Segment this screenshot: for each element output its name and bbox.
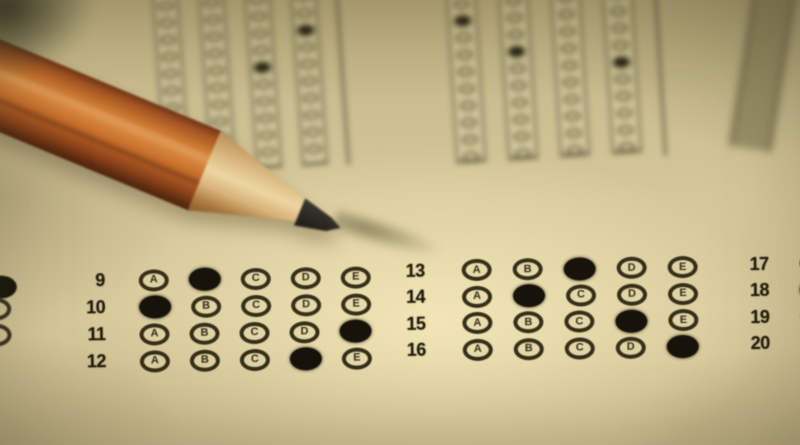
bubble-b: B [513,258,543,280]
bubble-letter: D [300,326,308,337]
bubble-letter: C [251,354,259,365]
question-number: 13 [369,260,425,282]
bubble-letter: B [525,343,533,354]
question-row-19: 19ABCDE [701,300,800,331]
question-number: 16 [370,340,426,362]
bubble-d: D [616,336,646,358]
question-number: 17 [700,254,768,276]
bubble-letter: C [575,316,583,327]
bubble-c: C [241,267,271,289]
bubble-letter: A [151,355,159,366]
bubble-a: A [140,350,170,372]
bubble-e: E [341,293,371,315]
bubble-filled-c [564,257,596,280]
bubble-letter: A [474,344,482,355]
bubble-c: C [240,348,270,370]
bubble-e: E [668,283,698,305]
bubble-c: C [564,311,594,333]
bubble-a: A [463,338,493,360]
question-row-12: 12ABCE [42,344,372,376]
bubble-d: D [617,257,647,279]
bubble-filled-e [339,319,371,342]
bubble-letter: B [524,317,532,328]
bubble-d: D [291,267,321,289]
question-row-18: 18BCDE [701,274,800,305]
bubble-filled-d [615,309,647,332]
bubble-letter: D [628,262,636,273]
bubble-letter: E [679,288,686,299]
answer-block-17-20: 17ABCDE18BCDE19ABCDE20ABCDE [700,247,800,358]
bubble-letter: A [150,328,158,339]
edge-bubble [0,297,11,320]
bubble-filled-d [290,347,322,370]
bubble-letter: D [628,289,636,300]
bubble-b: B [190,349,220,371]
bubble-letter: E [352,272,359,283]
bubble-letter: E [679,262,686,273]
question-row-17: 17ABCDE [700,247,800,278]
bubble-letter: E [353,353,360,364]
question-number: 10 [41,297,105,319]
bubble-letter: E [352,299,359,310]
bubble-letter: C [252,273,260,284]
question-number: 11 [41,324,105,346]
bubble-e: E [668,256,698,278]
bubble-d: D [617,283,647,305]
question-number: 9 [41,270,105,292]
bubble-e: E [341,266,371,288]
bubble-letter: B [201,355,209,366]
bubble-a: A [139,323,169,345]
bubble-letter: E [680,315,687,326]
bubble-d: D [289,321,319,343]
question-number: 18 [701,280,769,302]
bubble-b: B [189,322,219,344]
bubble-letter: C [576,343,584,354]
answer-block-13-16: 13ABDE14ACDE15ABCE16ABCD [368,254,698,365]
question-number: 19 [701,307,769,329]
bubble-letter: D [302,299,310,310]
bubble-a: A [462,312,492,334]
bubble-letter: A [150,274,158,285]
question-number: 14 [369,287,425,309]
bubble-letter: B [200,328,208,339]
bubble-letter: A [473,291,481,302]
bubble-letter: C [252,300,260,311]
bubble-filled-b [513,284,545,307]
bubble-letter: D [627,342,635,353]
question-number: 12 [42,351,106,373]
bubble-letter: C [250,327,258,338]
question-row-16: 16ABCD [370,333,699,364]
bubble-filled-b [189,268,221,291]
bubble-c: C [566,284,596,306]
bubble-b: B [191,295,221,317]
bubble-a: A [462,285,492,307]
question-row-20: 20ABCDE [702,327,800,358]
answer-area: 9ACDE10BCDE11ABCD12ABCE 13ABDE14ACDE15AB… [0,0,800,445]
question-number: 15 [369,313,425,335]
bubble-d: D [291,294,321,316]
bubble-a: A [139,269,169,291]
bubble-letter: A [473,318,481,329]
bubble-e: E [342,347,372,369]
bubble-letter: B [202,301,210,312]
bubble-filled-e [667,335,699,358]
bubble-letter: A [473,265,481,276]
edge-bubble [0,323,12,346]
photo-scantron-scene: 9ACDE10BCDE11ABCD12ABCE 13ABDE14ACDE15AB… [0,0,800,445]
bubble-c: C [241,294,271,316]
bubble-letter: B [524,264,532,275]
answer-block-9-12: 9ACDE10BCDE11ABCD12ABCE [41,263,372,376]
bubble-c: C [239,321,269,343]
bubble-b: B [513,311,543,333]
bubble-letter: D [302,272,310,283]
edge-bubble-filled [0,275,17,298]
bubble-c: C [565,337,595,359]
bubble-letter: C [577,290,585,301]
bubble-a: A [462,259,492,281]
bubble-b: B [514,338,544,360]
question-number: 20 [702,333,770,355]
bubble-filled-a [139,295,171,318]
bubble-e: E [668,309,698,331]
